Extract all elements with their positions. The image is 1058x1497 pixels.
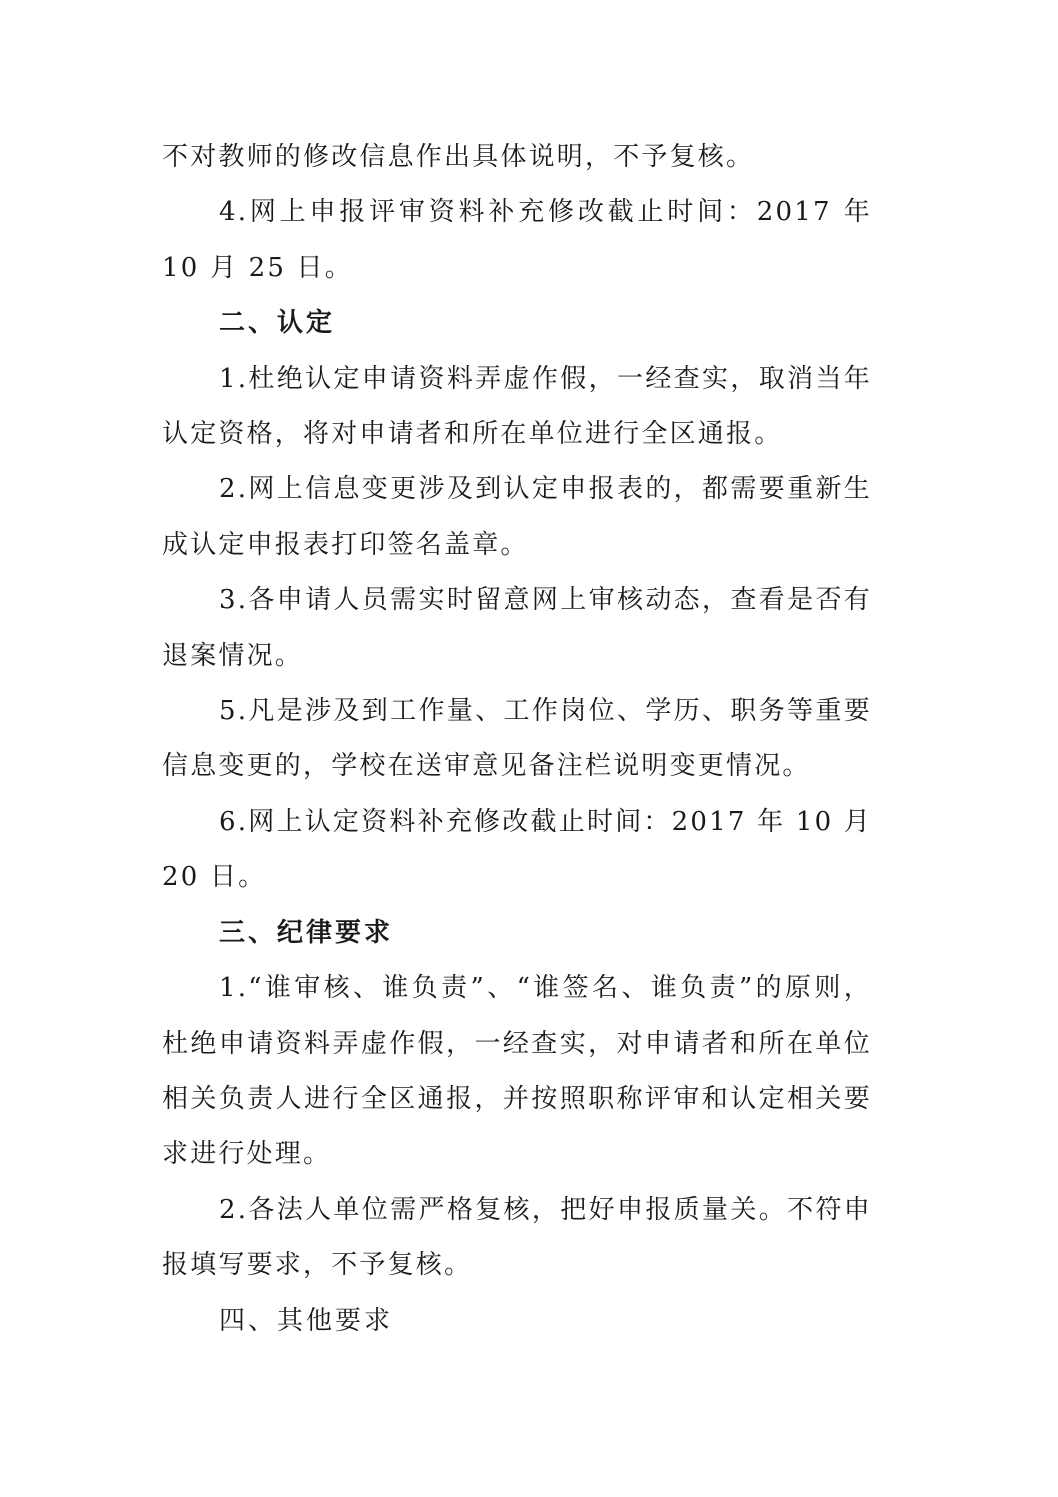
paragraph-discipline-item-2: 2.各法人单位需严格复核，把好申报质量关。不符申报填写要求，不予复核。 [162, 1183, 872, 1294]
paragraph-cert-item-3: 3.各申请人员需实时留意网上审核动态，查看是否有退案情况。 [162, 573, 872, 684]
paragraph-cert-item-5: 5.凡是涉及到工作量、工作岗位、学历、职务等重要信息变更的，学校在送审意见备注栏… [162, 684, 872, 795]
section-heading-other: 四、其他要求 [162, 1294, 872, 1349]
paragraph-cert-item-1: 1.杜绝认定申请资料弄虚作假，一经查实，取消当年认定资格，将对申请者和所在单位进… [162, 352, 872, 463]
paragraph-continuation: 不对教师的修改信息作出具体说明，不予复核。 [162, 130, 872, 185]
paragraph-discipline-item-1: 1.“谁审核、谁负责”、“谁签名、谁负责”的原则，杜绝申请资料弄虚作假，一经查实… [162, 961, 872, 1183]
paragraph-review-deadline: 4.网上申报评审资料补充修改截止时间：2017 年 10 月 25 日。 [162, 185, 872, 296]
paragraph-cert-deadline: 6.网上认定资料补充修改截止时间：2017 年 10 月 20 日。 [162, 795, 872, 906]
paragraph-cert-item-2: 2.网上信息变更涉及到认定申报表的，都需要重新生成认定申报表打印签名盖章。 [162, 462, 872, 573]
section-heading-discipline: 三、纪律要求 [162, 906, 872, 961]
document-page: 不对教师的修改信息作出具体说明，不予复核。 4.网上申报评审资料补充修改截止时间… [162, 130, 872, 1349]
section-heading-certification: 二、认定 [162, 296, 872, 351]
